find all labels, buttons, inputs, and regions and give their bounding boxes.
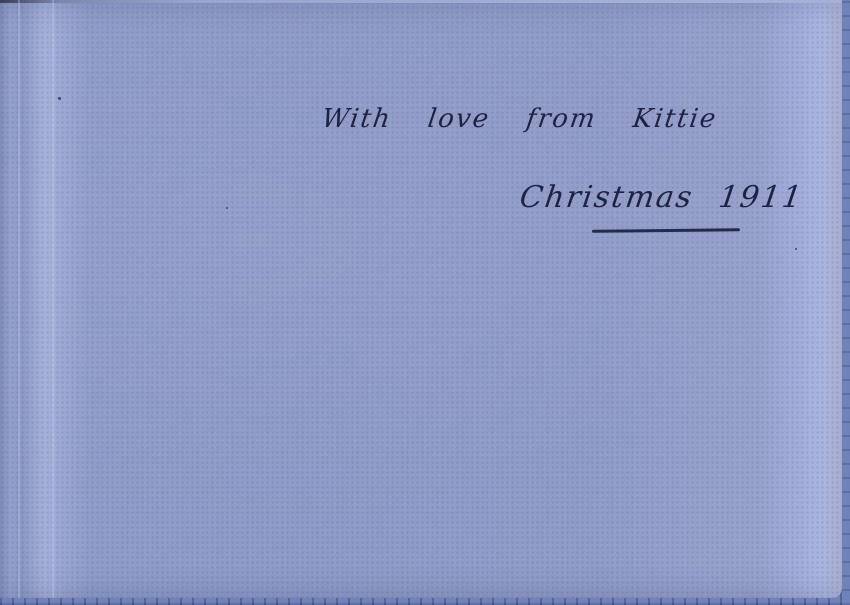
inscription-underline: [592, 228, 740, 233]
inscription-date: Christmas 1911: [518, 180, 806, 215]
inscription-dedication: With love from Kittie: [320, 104, 720, 134]
photo-scene: With love from Kittie Christmas 1911: [0, 0, 850, 605]
page-top-edge: [0, 0, 842, 3]
paper-page: With love from Kittie Christmas 1911: [0, 0, 842, 598]
paper-speck: [58, 97, 61, 100]
page-fold-line: [18, 0, 20, 598]
paper-speck: [226, 207, 228, 209]
page-fold-line: [52, 0, 54, 598]
paper-speck: [795, 248, 797, 250]
